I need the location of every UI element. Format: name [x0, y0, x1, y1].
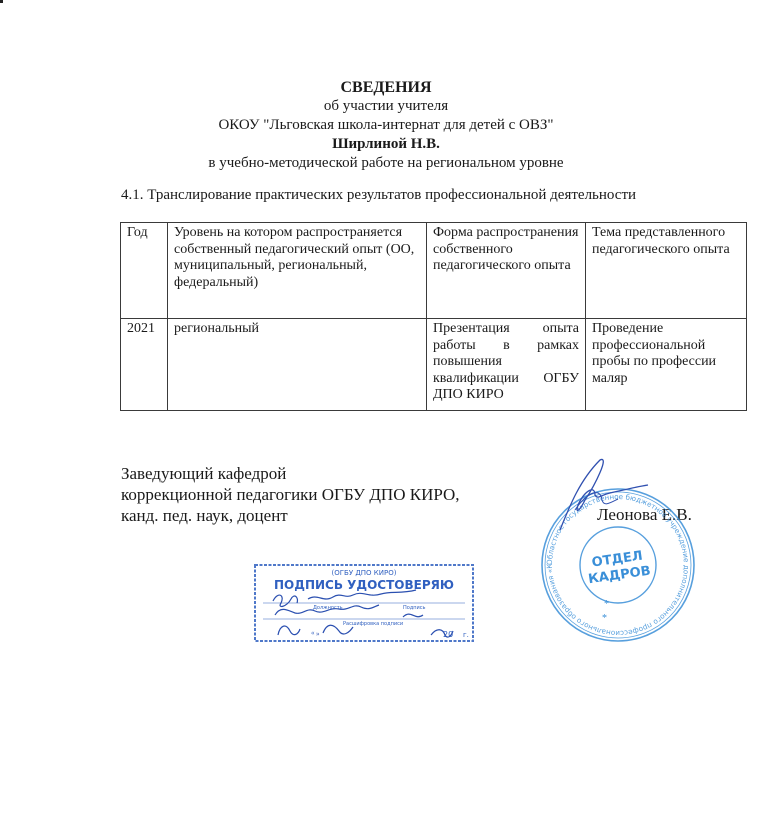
header-year: Год — [121, 223, 168, 319]
experience-table: Год Уровень на котором распространяется … — [120, 222, 747, 411]
certification-stamp-icon: (ОГБУ ДПО КИРО) ПОДПИСЬ УДОСТОВЕРЯЮ Долж… — [253, 563, 475, 643]
svg-text:»: » — [316, 630, 320, 638]
svg-text:*: * — [602, 613, 607, 624]
table-row: 2021 региональный Презентация опыта рабо… — [121, 319, 747, 411]
svg-text:ПОДПИСЬ УДОСТОВЕРЯЮ: ПОДПИСЬ УДОСТОВЕРЯЮ — [274, 578, 454, 592]
section-title: 4.1. Транслирование практических результ… — [121, 187, 636, 204]
svg-text:Расшифровка подписи: Расшифровка подписи — [343, 621, 403, 627]
header-line-1: об участии учителя — [0, 97, 772, 116]
svg-text:Подпись: Подпись — [403, 605, 426, 611]
document-title: СВЕДЕНИЯ — [0, 78, 772, 97]
signatory-position: Заведующий кафедрой коррекционной педаго… — [121, 463, 460, 526]
cell-level: региональный — [168, 319, 427, 411]
cell-year: 2021 — [121, 319, 168, 411]
handwritten-signature-icon — [540, 455, 650, 535]
cell-topic: Проведение профессиональной пробы по про… — [586, 319, 747, 411]
header-topic: Тема представленного педагогического опы… — [586, 223, 747, 319]
scan-corner-mark — [0, 0, 3, 3]
header-form: Форма распространения собственного педаг… — [427, 223, 586, 319]
position-line-2: коррекционной педагогики ОГБУ ДПО КИРО, — [121, 484, 460, 505]
svg-text:«: « — [311, 629, 315, 637]
document-header: СВЕДЕНИЯ об участии учителя ОКОУ "Льговс… — [0, 78, 772, 173]
svg-text:г.: г. — [463, 631, 469, 639]
teacher-name: Ширлиной Н.В. — [0, 135, 772, 154]
table-header-row: Год Уровень на котором распространяется … — [121, 223, 747, 319]
header-line-2: ОКОУ "Льговская школа-интернат для детей… — [0, 116, 772, 135]
position-line-1: Заведующий кафедрой — [121, 463, 460, 484]
svg-text:*: * — [604, 599, 609, 610]
cell-form: Презентация опыта работы в рамках повыше… — [427, 319, 586, 411]
svg-text:(ОГБУ ДПО КИРО): (ОГБУ ДПО КИРО) — [332, 569, 397, 577]
position-line-3: канд. пед. наук, доцент — [121, 505, 460, 526]
header-level: Уровень на котором распространяется собс… — [168, 223, 427, 319]
header-line-3: в учебно-методической работе на регионал… — [0, 154, 772, 173]
